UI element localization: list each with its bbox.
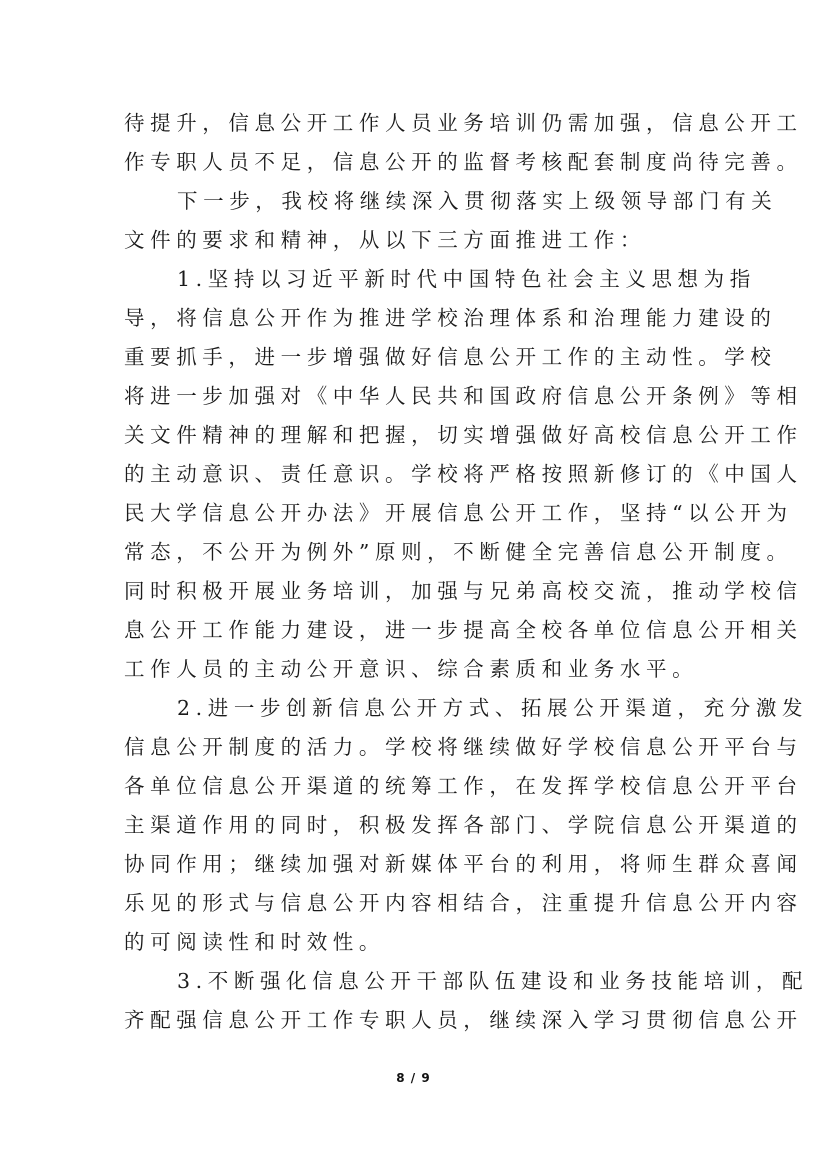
- text-line: 文件的要求和精神，从以下三方面推进工作：: [124, 221, 714, 260]
- text-line: 主渠道作用的同时，积极发挥各部门、学院信息公开渠道的: [124, 806, 714, 845]
- text-line: 各单位信息公开渠道的统筹工作，在发挥学校信息公开平台: [124, 767, 714, 806]
- text-line: 关文件精神的理解和把握，切实增强做好高校信息公开工作: [124, 416, 714, 455]
- text-line: 乐见的形式与信息公开内容相结合，注重提升信息公开内容: [124, 884, 714, 923]
- page-number: 8 / 9: [0, 1071, 827, 1085]
- text-line: 工作人员的主动公开意识、综合素质和业务水平。: [124, 650, 714, 689]
- list-item-3-start: 3.不断强化信息公开干部队伍建设和业务技能培训，配: [124, 962, 714, 1001]
- text-line: 信息公开制度的活力。学校将继续做好学校信息公开平台与: [124, 728, 714, 767]
- text-line: 导，将信息公开作为推进学校治理体系和治理能力建设的: [124, 299, 714, 338]
- document-body: 待提升，信息公开工作人员业务培训仍需加强，信息公开工 作专职人员不足，信息公开的…: [124, 104, 714, 1040]
- text-line: 将进一步加强对《中华人民共和国政府信息公开条例》等相: [124, 377, 714, 416]
- text-line: 作专职人员不足，信息公开的监督考核配套制度尚待完善。: [124, 143, 714, 182]
- text-line: 的可阅读性和时效性。: [124, 923, 714, 962]
- text-line: 齐配强信息公开工作专职人员，继续深入学习贯彻信息公开: [124, 1001, 714, 1040]
- text-line: 待提升，信息公开工作人员业务培训仍需加强，信息公开工: [124, 104, 714, 143]
- list-item-1-start: 1.坚持以习近平新时代中国特色社会主义思想为指: [124, 260, 714, 299]
- text-line: 重要抓手，进一步增强做好信息公开工作的主动性。学校: [124, 338, 714, 377]
- text-line: 息公开工作能力建设，进一步提高全校各单位信息公开相关: [124, 611, 714, 650]
- text-line: 的主动意识、责任意识。学校将严格按照新修订的《中国人: [124, 455, 714, 494]
- text-line: 民大学信息公开办法》开展信息公开工作，坚持“以公开为: [124, 494, 714, 533]
- text-line: 协同作用；继续加强对新媒体平台的利用，将师生群众喜闻: [124, 845, 714, 884]
- text-line: 常态，不公开为例外”原则，不断健全完善信息公开制度。: [124, 533, 714, 572]
- paragraph-start-line: 下一步，我校将继续深入贯彻落实上级领导部门有关: [124, 182, 714, 221]
- list-item-2-start: 2.进一步创新信息公开方式、拓展公开渠道，充分激发: [124, 689, 714, 728]
- text-line: 同时积极开展业务培训，加强与兄弟高校交流，推动学校信: [124, 572, 714, 611]
- document-page: 待提升，信息公开工作人员业务培训仍需加强，信息公开工 作专职人员不足，信息公开的…: [0, 0, 827, 1170]
